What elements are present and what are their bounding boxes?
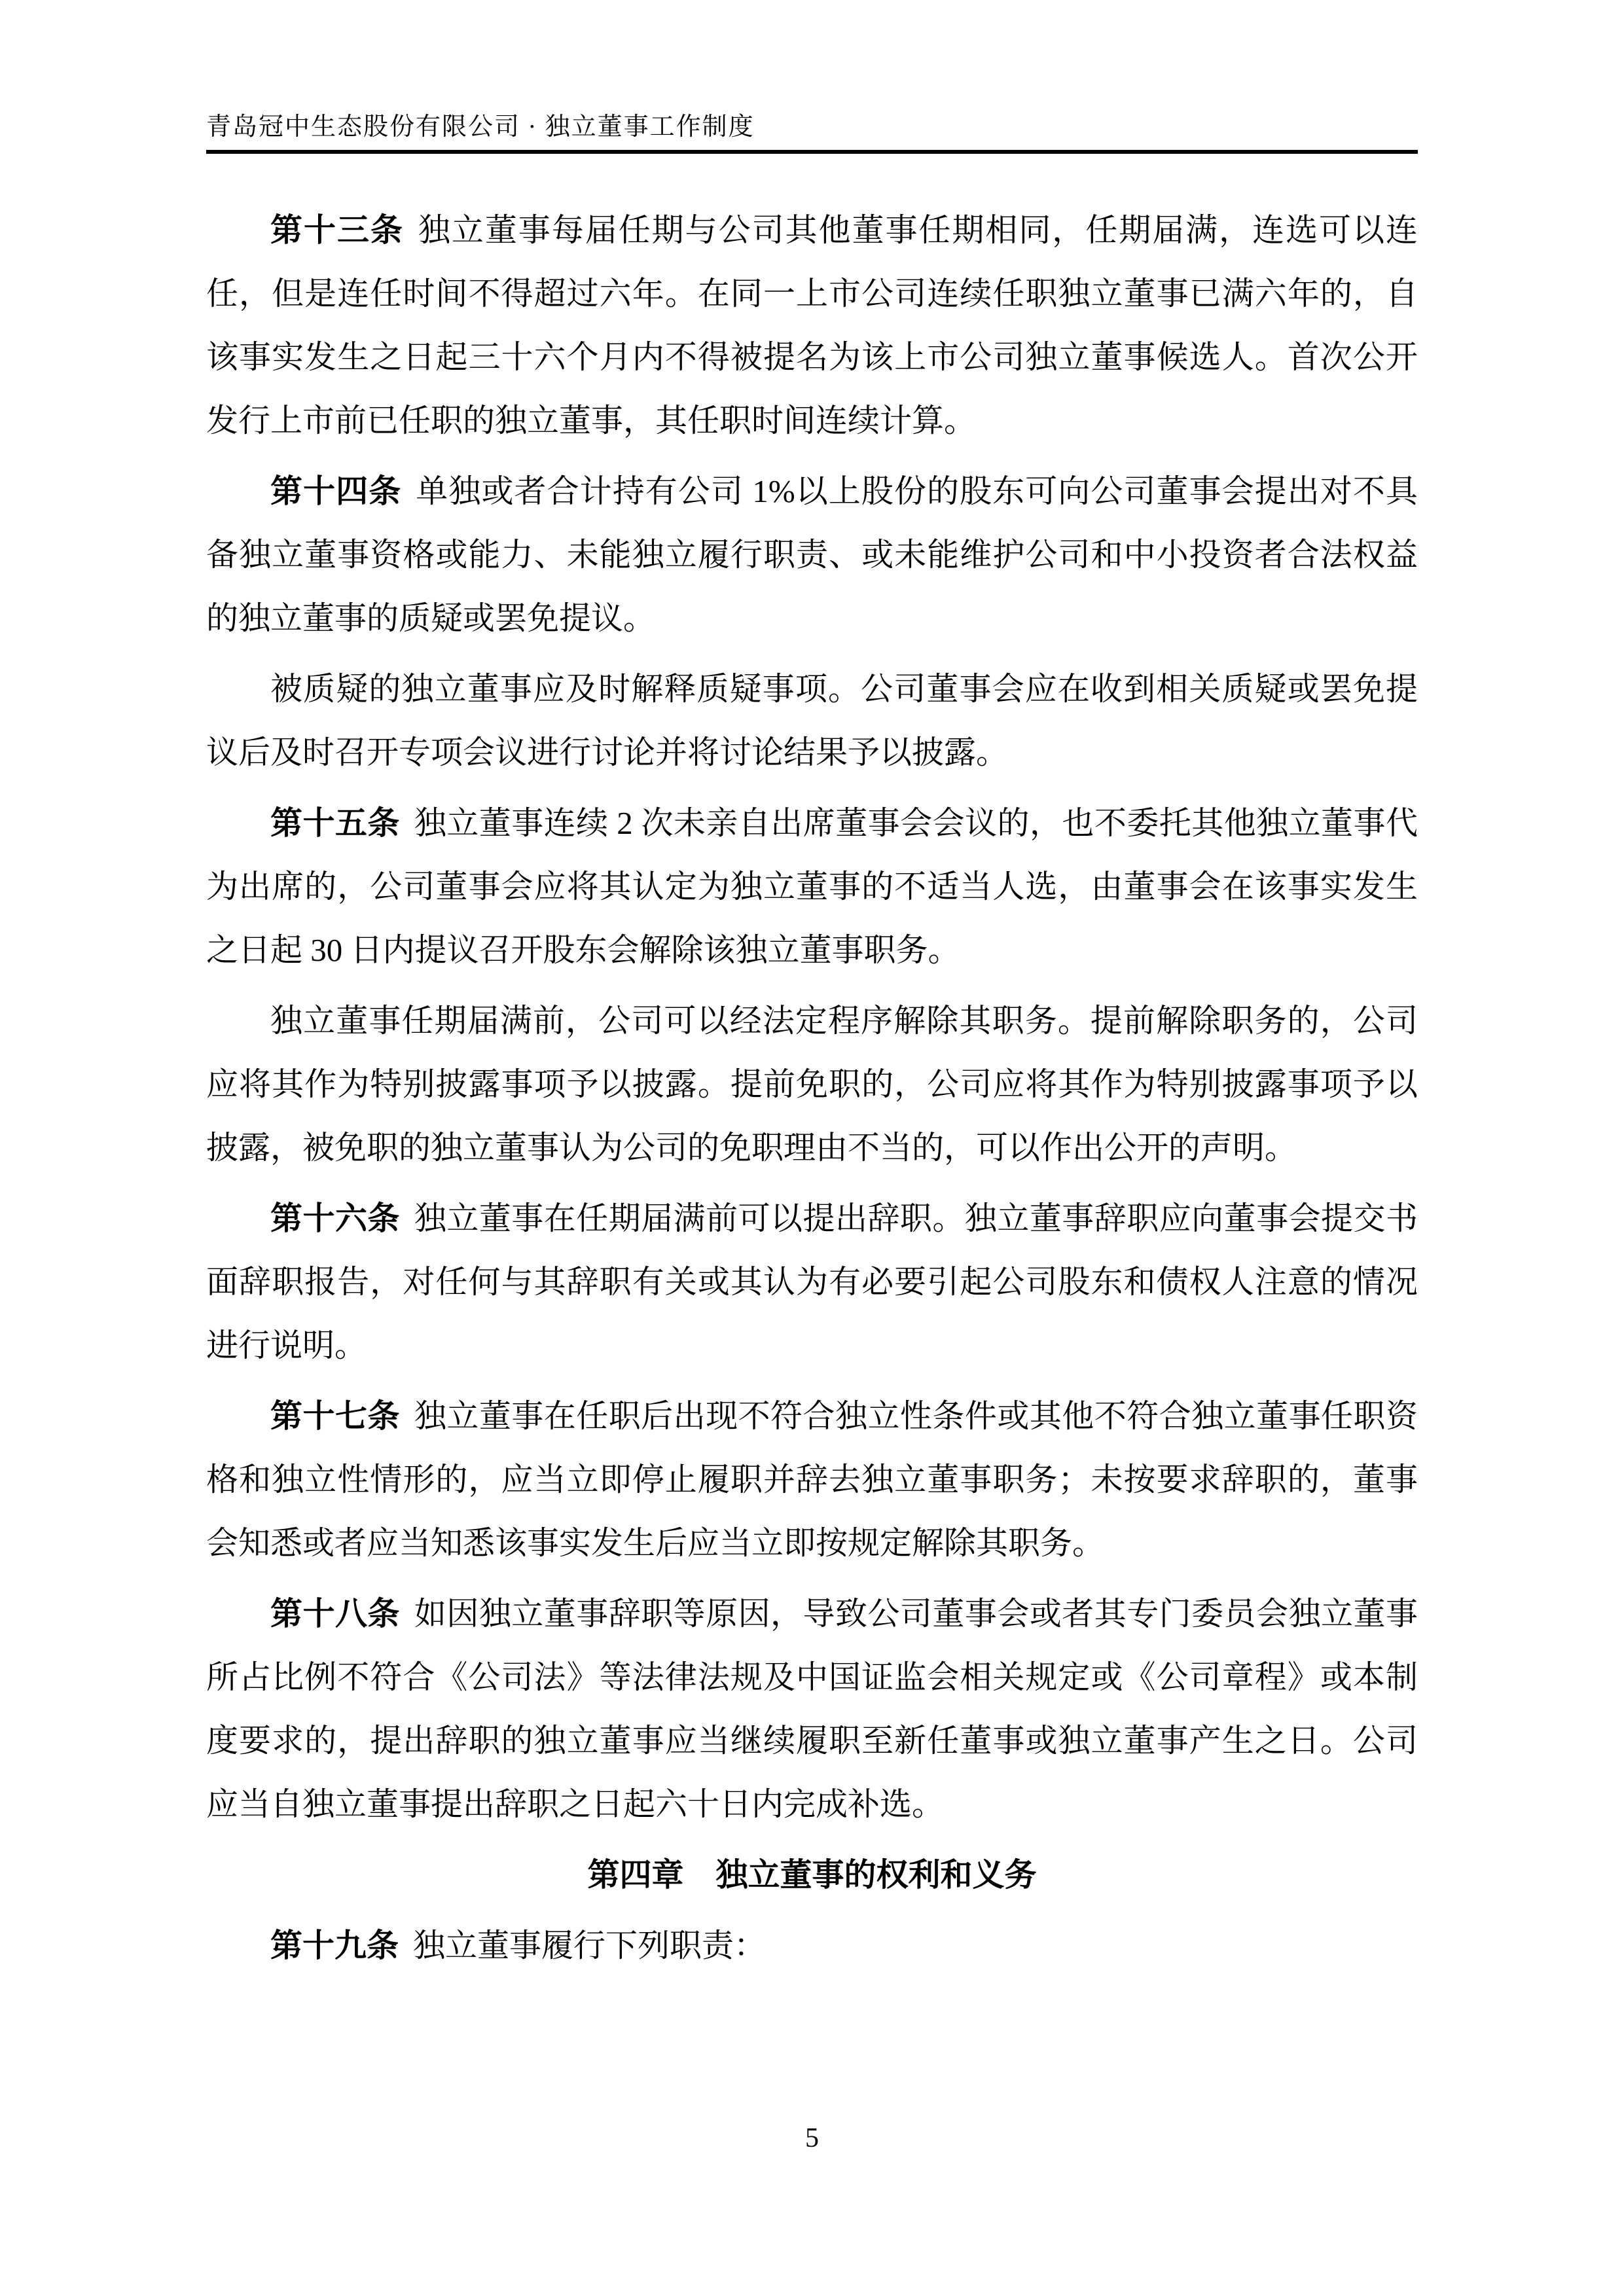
article-19-text: 独立董事履行下列职责： [413, 1928, 766, 1964]
paragraph-article-19: 第十九条独立董事履行下列职责： [206, 1914, 1418, 1977]
paragraph-article-17: 第十七条独立董事在任职后出现不符合独立性条件或其他不符合独立董事任职资格和独立性… [206, 1384, 1418, 1575]
paragraph-article-15-continuation: 独立董事任期届满前，公司可以经法定程序解除其职务。提前解除职务的，公司应将其作为… [206, 989, 1418, 1179]
paragraph-article-16: 第十六条独立董事在任期届满前可以提出辞职。独立董事辞职应向董事会提交书面辞职报告… [206, 1187, 1418, 1377]
paragraph-article-18: 第十八条如因独立董事辞职等原因，导致公司董事会或者其专门委员会独立董事所占比例不… [206, 1582, 1418, 1836]
article-15-continuation-text: 独立董事任期届满前，公司可以经法定程序解除其职务。提前解除职务的，公司应将其作为… [206, 1003, 1418, 1166]
article-15-number: 第十五条 [270, 805, 400, 841]
paragraph-article-14-continuation: 被质疑的独立董事应及时解释质疑事项。公司董事会应在收到相关质疑或罢免提议后及时召… [206, 657, 1418, 784]
document-body: 第十三条独立董事每届任期与公司其他董事任期相同，任期届满，连选可以连任，但是连任… [206, 198, 1418, 1984]
article-16-number: 第十六条 [270, 1200, 400, 1236]
document-header: 青岛冠中生态股份有限公司 · 独立董事工作制度 [206, 113, 1418, 154]
article-18-number: 第十八条 [270, 1596, 400, 1632]
chapter-number: 第四章 [587, 1857, 683, 1893]
article-14-continuation-text: 被质疑的独立董事应及时解释质疑事项。公司董事会应在收到相关质疑或罢免提议后及时召… [206, 671, 1418, 770]
page-number: 5 [0, 2123, 1624, 2154]
article-13-number: 第十三条 [270, 212, 404, 248]
article-17-number: 第十七条 [270, 1398, 400, 1434]
chapter-title: 独立董事的权利和义务 [716, 1857, 1037, 1893]
document-page: 青岛冠中生态股份有限公司 · 独立董事工作制度 第十三条独立董事每届任期与公司其… [0, 0, 1624, 2296]
chapter-heading: 第四章独立董事的权利和义务 [206, 1843, 1418, 1907]
paragraph-article-14: 第十四条单独或者合计持有公司 1%以上股份的股东可向公司董事会提出对不具备独立董… [206, 459, 1418, 650]
header-title: 青岛冠中生态股份有限公司 · 独立董事工作制度 [206, 113, 755, 141]
article-14-number: 第十四条 [270, 473, 401, 509]
paragraph-article-15: 第十五条独立董事连续 2 次未亲自出席董事会会议的，也不委托其他独立董事代为出席… [206, 791, 1418, 982]
article-19-number: 第十九条 [270, 1928, 399, 1964]
paragraph-article-13: 第十三条独立董事每届任期与公司其他董事任期相同，任期届满，连选可以连任，但是连任… [206, 198, 1418, 452]
